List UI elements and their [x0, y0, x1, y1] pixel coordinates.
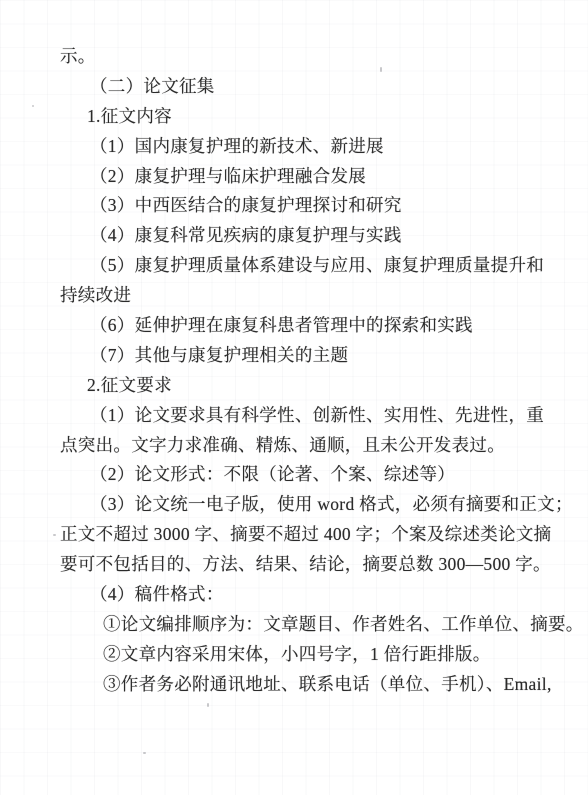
text-line: 2.征文要求: [60, 371, 565, 401]
scan-noise-speck: [207, 703, 209, 707]
text-line: （二）论文征集: [60, 72, 565, 102]
text-line: 要可不包括目的、方法、结果、结论，摘要总数 300—500 字。: [60, 550, 565, 580]
text-line: （2）论文形式：不限（论著、个案、综述等）: [60, 460, 565, 490]
scan-noise-speck: [380, 67, 382, 72]
scanned-document-page: 示。（二）论文征集1.征文内容（1）国内康复护理的新技术、新进展（2）康复护理与…: [0, 0, 588, 795]
text-line: （1）论文要求具有科学性、创新性、实用性、先进性，重: [60, 401, 565, 431]
text-line: 1.征文内容: [60, 102, 565, 132]
text-line: （1）国内康复护理的新技术、新进展: [60, 132, 565, 162]
text-line: ①论文编排顺序为：文章题目、作者姓名、工作单位、摘要。: [60, 610, 565, 640]
text-line: 正文不超过 3000 字、摘要不超过 400 字；个案及综述类论文摘: [60, 520, 565, 550]
text-line: （4）稿件格式：: [60, 580, 565, 610]
scan-noise-speck: [32, 105, 34, 107]
text-line: （4）康复科常见疾病的康复护理与实践: [60, 221, 565, 251]
text-line: （3）中西医结合的康复护理探讨和研究: [60, 191, 565, 221]
text-line: （2）康复护理与临床护理融合发展: [60, 162, 565, 192]
text-line: （7）其他与康复护理相关的主题: [60, 341, 565, 371]
text-line: （6）延伸护理在康复科患者管理中的探索和实践: [60, 311, 565, 341]
text-line: 持续改进: [60, 281, 565, 311]
scan-noise-speck: [143, 752, 146, 754]
text-line: （5）康复护理质量体系建设与应用、康复护理质量提升和: [60, 251, 565, 281]
text-line: （3）论文统一电子版，使用 word 格式，必须有摘要和正文；: [60, 490, 565, 520]
text-line: 示。: [60, 42, 565, 72]
text-line: 点突出。文字力求准确、精炼、通顺，且未公开发表过。: [60, 431, 565, 461]
text-line: ③作者务必附通讯地址、联系电话（单位、手机）、Email,: [60, 670, 565, 700]
document-body: 示。（二）论文征集1.征文内容（1）国内康复护理的新技术、新进展（2）康复护理与…: [60, 42, 565, 700]
text-line: ②文章内容采用宋体，小四号字，1 倍行距排版。: [60, 640, 565, 670]
scan-noise-speck: [53, 534, 56, 536]
